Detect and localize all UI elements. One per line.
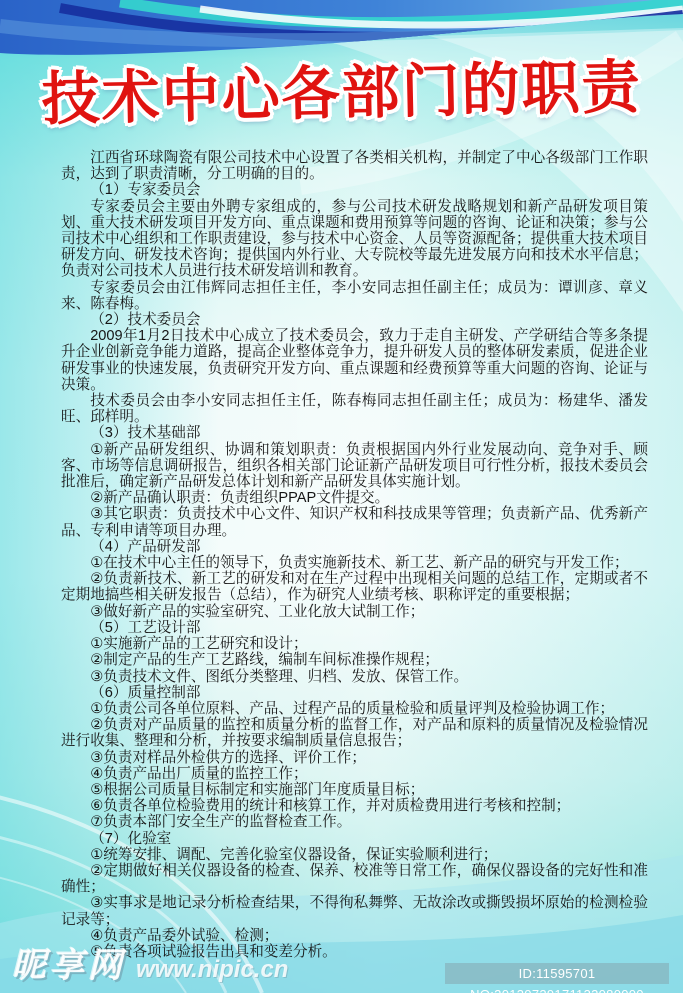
- paragraph: ⑦负责本部门安全生产的监督检查工作。: [61, 814, 648, 830]
- paragraph: ③负责技术文件、图纸分类整理、归档、发放、保管工作。: [61, 669, 648, 685]
- paragraph: ③实事求是地记录分析检查结果，不得徇私舞弊、无故涂改或撕毁损坏原始的检测检验记录…: [61, 895, 648, 927]
- paragraph: 江西省环球陶瓷有限公司技术中心设置了各类相关机构，并制定了中心各级部门工作职责，…: [61, 150, 648, 182]
- image-id-badge: ID:11595701 NO:20130729171132080000: [445, 963, 669, 984]
- paragraph: （1）专家委员会: [61, 182, 648, 198]
- paragraph: ②负责对产品质量的监控和质量分析的监督工作，对产品和原料的质量情况及检验情况进行…: [61, 717, 648, 749]
- paragraph: ②定期做好相关仪器设备的检查、保养、校准等日常工作，确保仪器设备的完好性和准确性…: [61, 863, 648, 895]
- teal-ribbon: [120, 2, 683, 23]
- paragraph: ②新产品确认职责：负责组织PPAP文件提交。: [61, 490, 648, 506]
- paragraph: （3）技术基础部: [61, 425, 648, 441]
- paragraph: ①新产品研发组织、协调和策划职责：负责根据国内外行业发展动向、竞争对手、顾客、市…: [61, 442, 648, 491]
- paragraph: ①统筹安排、调配、完善化验室仪器设备，保证实验顺利进行；: [61, 847, 648, 863]
- paragraph: ③负责对样品外检供方的选择、评价工作；: [61, 750, 648, 766]
- poster-title: 技术中心各部门的职责: [0, 39, 683, 137]
- paragraph: （7）化验室: [61, 831, 648, 847]
- paragraph: ④负责产品委外试验、检测；: [61, 928, 648, 944]
- paragraph: （6）质量控制部: [61, 685, 648, 701]
- paragraph: ②负责新技术、新工艺的研发和对在生产过程中出现相关问题的总结工作，定期或者不定期…: [61, 571, 648, 603]
- paragraph: （4）产品研发部: [61, 539, 648, 555]
- paragraph: ①负责公司各单位原料、产品、过程产品的质量检验和质量评判及检验协调工作；: [61, 701, 648, 717]
- paragraph: 技术委员会由李小安同志担任主任，陈春梅同志担任副主任；成员为：杨建华、潘发旺、邱…: [61, 393, 648, 425]
- navy-ribbon: [60, 8, 683, 37]
- document-body: 江西省环球陶瓷有限公司技术中心设置了各类相关机构，并制定了中心各级部门工作职责，…: [61, 150, 648, 960]
- paragraph: （2）技术委员会: [61, 312, 648, 328]
- paragraph: ⑤负责各项试验报告出具和变差分析。: [61, 944, 648, 960]
- paragraph: 专家委员会由江伟辉同志担任主任，李小安同志担任副主任；成员为：谭训彦、章义来、陈…: [61, 280, 648, 312]
- paragraph: ①在技术中心主任的领导下，负责实施新技术、新工艺、新产品的研究与开发工作；: [61, 555, 648, 571]
- nipic-url-text: www.nipic.cn: [136, 956, 288, 984]
- paragraph: （5）工艺设计部: [61, 620, 648, 636]
- paragraph: ⑥负责各单位检验费用的统计和核算工作，并对质检费用进行考核和控制；: [61, 798, 648, 814]
- poster-background: 技术中心各部门的职责 江西省环球陶瓷有限公司技术中心设置了各类相关机构，并制定了…: [0, 0, 683, 993]
- paragraph: ④负责产品出厂质量的监控工作；: [61, 766, 648, 782]
- paragraph: ②制定产品的生产工艺路线，编制车间标准操作规程；: [61, 652, 648, 668]
- light-blue-ribbon: [0, 22, 683, 40]
- paragraph: ①实施新产品的工艺研究和设计；: [61, 636, 648, 652]
- paragraph: ③做好新产品的实验室研究、工业化放大试制工作；: [61, 604, 648, 620]
- paragraph: ⑤根据公司质量目标制定和实施部门年度质量目标；: [61, 782, 648, 798]
- paragraph: 2009年1月2日技术中心成立了技术委员会，致力于走自主研发、产学研结合等多条提…: [61, 328, 648, 393]
- paragraph: 专家委员会主要由外聘专家组成的，参与公司技术研发战略规划和新产品研发项目策划、重…: [61, 199, 648, 280]
- white-ribbon: [200, 9, 683, 25]
- paragraph: ③其它职责：负责技术中心文件、知识产权和科技成果等管理；负责新产品、优秀新产品、…: [61, 506, 648, 538]
